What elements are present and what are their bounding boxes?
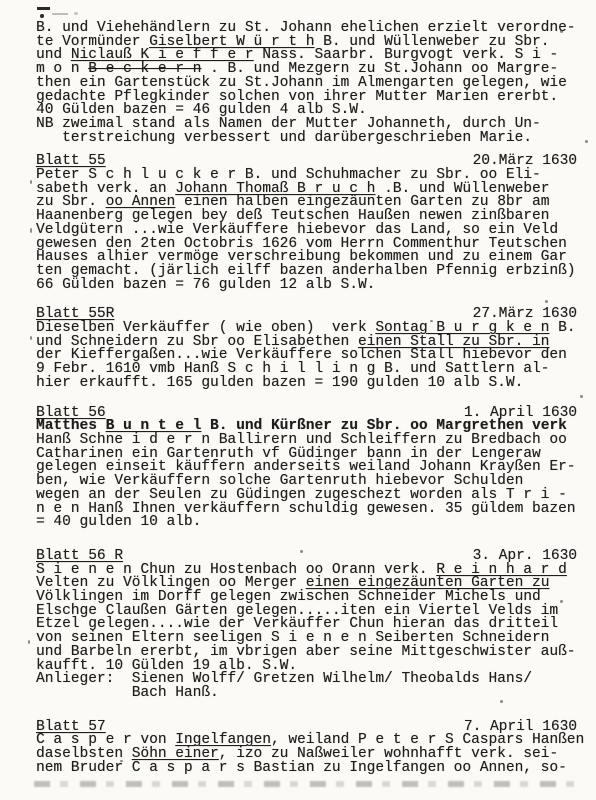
text-segment: hier erkaufft. 165 gulden bazen = 190 gu… — [36, 375, 523, 391]
text-segment: nem Bruder C a s p a r s Bastian zu Inge… — [36, 760, 567, 776]
text-line: terstreichung verbessert und darübergesc… — [36, 132, 577, 146]
scan-speck — [585, 140, 588, 143]
text-segment: Bach Hanß. — [36, 685, 219, 701]
text-line: nem Bruder C a s p a r s Bastian zu Inge… — [36, 762, 577, 776]
scan-smudge-line — [34, 781, 582, 787]
scan-speck — [30, 180, 32, 184]
scan-speck — [30, 228, 32, 233]
text-segment: B. — [549, 320, 575, 336]
text-segment: terstreichung verbessert und darübergesc… — [36, 130, 532, 146]
text-line: = 40 gulden 10 alb. — [36, 516, 577, 530]
scan-artifact-dash — [37, 7, 50, 10]
scan-artifact-dot — [40, 14, 44, 18]
text-line: hier erkaufft. 165 gulden bazen = 190 gu… — [36, 377, 577, 391]
scan-speck — [28, 640, 30, 644]
text-segment: = 40 gulden 10 alb. — [36, 514, 201, 530]
scan-speck — [52, 13, 68, 15]
scan-speck — [30, 336, 32, 340]
scan-speck — [580, 395, 583, 398]
text-line: 66 Gülden bazen = 76 gulden 12 alb S.W. — [36, 279, 577, 293]
text-line: Bach Hanß. — [36, 687, 577, 701]
document-content: B. und Viehehändlern zu St. Johann eheli… — [36, 22, 577, 775]
text-segment: 66 Gülden bazen = 76 gulden 12 alb S.W. — [36, 277, 375, 293]
document-page: B. und Viehehändlern zu St. Johann eheli… — [0, 0, 596, 800]
scan-speck — [74, 12, 78, 15]
